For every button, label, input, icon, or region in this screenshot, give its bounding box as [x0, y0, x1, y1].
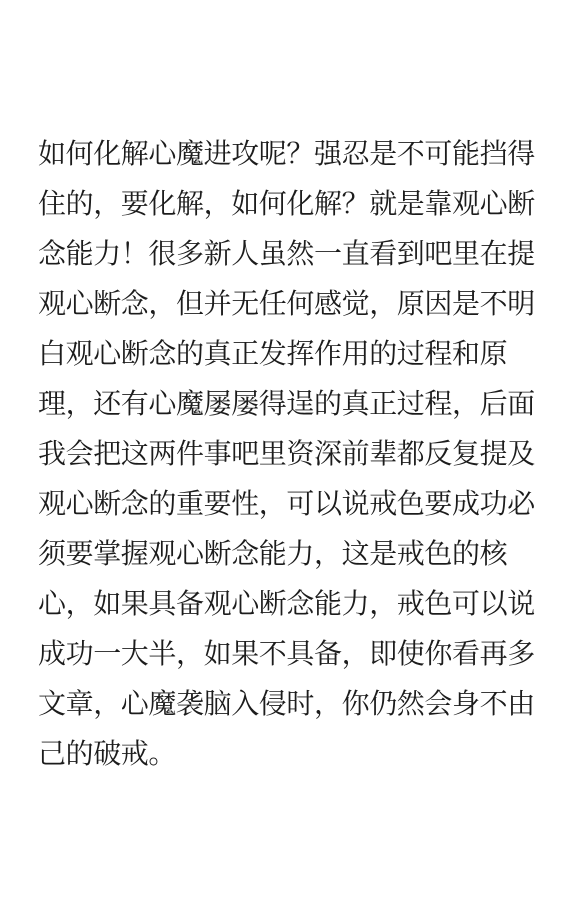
paragraph: 如何化解心魔进攻呢？强忍是不可能挡得 住的，要化解，如何化解？就是靠观心断 念能… [38, 129, 546, 779]
text-line: 己的破戒。 [38, 729, 546, 779]
text-line: 须要掌握观心断念能力，这是戒色的核 [38, 529, 546, 579]
text-line: 我会把这两件事吧里资深前辈都反复提及 [38, 429, 546, 479]
text-line: 成功一大半，如果不具备，即使你看再多 [38, 629, 546, 679]
text-line: 念能力！很多新人虽然一直看到吧里在提 [38, 229, 546, 279]
text-line: 理，还有心魔屡屡得逞的真正过程，后面 [38, 379, 546, 429]
text-line: 如何化解心魔进攻呢？强忍是不可能挡得 [38, 129, 546, 179]
text-line: 观心断念的重要性，可以说戒色要成功必 [38, 479, 546, 529]
document-page: 如何化解心魔进攻呢？强忍是不可能挡得 住的，要化解，如何化解？就是靠观心断 念能… [0, 0, 580, 901]
text-line: 文章，心魔袭脑入侵时，你仍然会身不由 [38, 679, 546, 729]
text-line: 白观心断念的真正发挥作用的过程和原 [38, 329, 546, 379]
text-line: 住的，要化解，如何化解？就是靠观心断 [38, 179, 546, 229]
text-line: 心，如果具备观心断念能力，戒色可以说 [38, 579, 546, 629]
text-line: 观心断念，但并无任何感觉，原因是不明 [38, 279, 546, 329]
